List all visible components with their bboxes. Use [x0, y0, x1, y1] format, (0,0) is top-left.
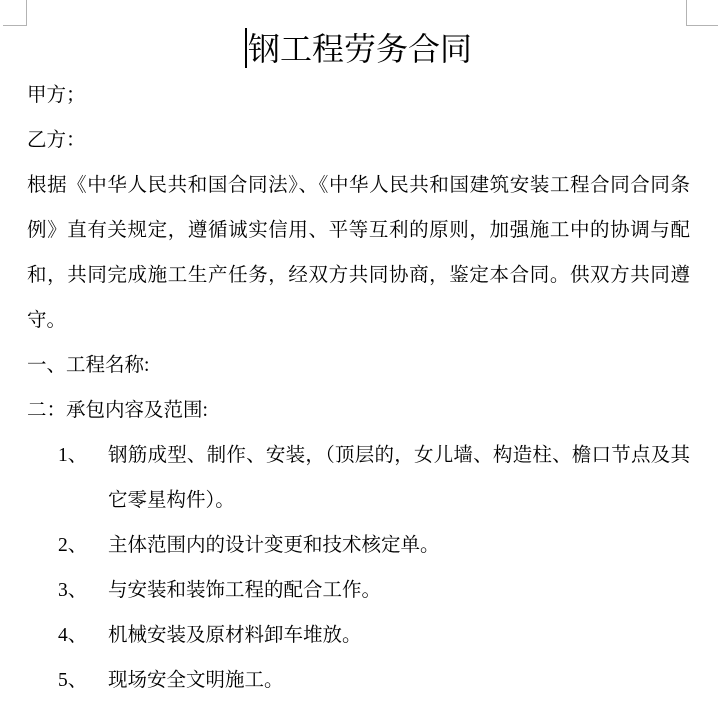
list-item-number: 4、 [58, 613, 108, 658]
document-title[interactable]: 钢工程劳务合同 [248, 31, 472, 67]
list-item-number: 5、 [58, 658, 108, 703]
list-item-text[interactable]: 钢筋成型、制作、安装，（顶层的，女儿墙、构造柱、檐口节点及其它零星构件）。 [108, 433, 690, 523]
margin-crop-mark-top-right [686, 25, 718, 26]
document-title-line[interactable]: 钢工程劳务合同 [27, 25, 690, 73]
section-1-heading[interactable]: 一、工程名称: [27, 343, 690, 388]
list-item-text[interactable]: 与安装和装饰工程的配合工作。 [108, 568, 690, 613]
list-item[interactable]: 4、 机械安装及原材料卸车堆放。 [27, 613, 690, 658]
list-item-text[interactable]: 主体范围内的设计变更和技术核定单。 [108, 523, 690, 568]
margin-crop-mark-top-right [686, 0, 687, 26]
list-item[interactable]: 3、 与安装和装饰工程的配合工作。 [27, 568, 690, 613]
list-item[interactable]: 2、 主体范围内的设计变更和技术核定单。 [27, 523, 690, 568]
party-b-line[interactable]: 乙方： [27, 118, 690, 163]
list-item-number: 3、 [58, 568, 108, 613]
document-text-area[interactable]: 钢工程劳务合同 甲方； 乙方： 根据《中华人民共和国合同法》、《中华人民共和国建… [27, 25, 690, 703]
list-item-number: 1、 [58, 433, 108, 523]
list-item[interactable]: 5、 现场安全文明施工。 [27, 658, 690, 703]
section-2-heading[interactable]: 二：承包内容及范围: [27, 388, 690, 433]
margin-crop-mark-top-left [3, 25, 27, 26]
list-item-text[interactable]: 机械安装及原材料卸车堆放。 [108, 613, 690, 658]
text-cursor [245, 28, 247, 68]
party-a-line[interactable]: 甲方； [27, 73, 690, 118]
margin-crop-mark-top-left [26, 0, 27, 26]
list-item-number: 2、 [58, 523, 108, 568]
list-item[interactable]: 1、 钢筋成型、制作、安装，（顶层的，女儿墙、构造柱、檐口节点及其它零星构件）。 [27, 433, 690, 523]
list-item-text[interactable]: 现场安全文明施工。 [108, 658, 690, 703]
preamble-paragraph[interactable]: 根据《中华人民共和国合同法》、《中华人民共和国建筑安装工程合同合同条例》直有关规… [27, 163, 690, 343]
document-page: 钢工程劳务合同 甲方； 乙方： 根据《中华人民共和国合同法》、《中华人民共和国建… [0, 0, 719, 707]
